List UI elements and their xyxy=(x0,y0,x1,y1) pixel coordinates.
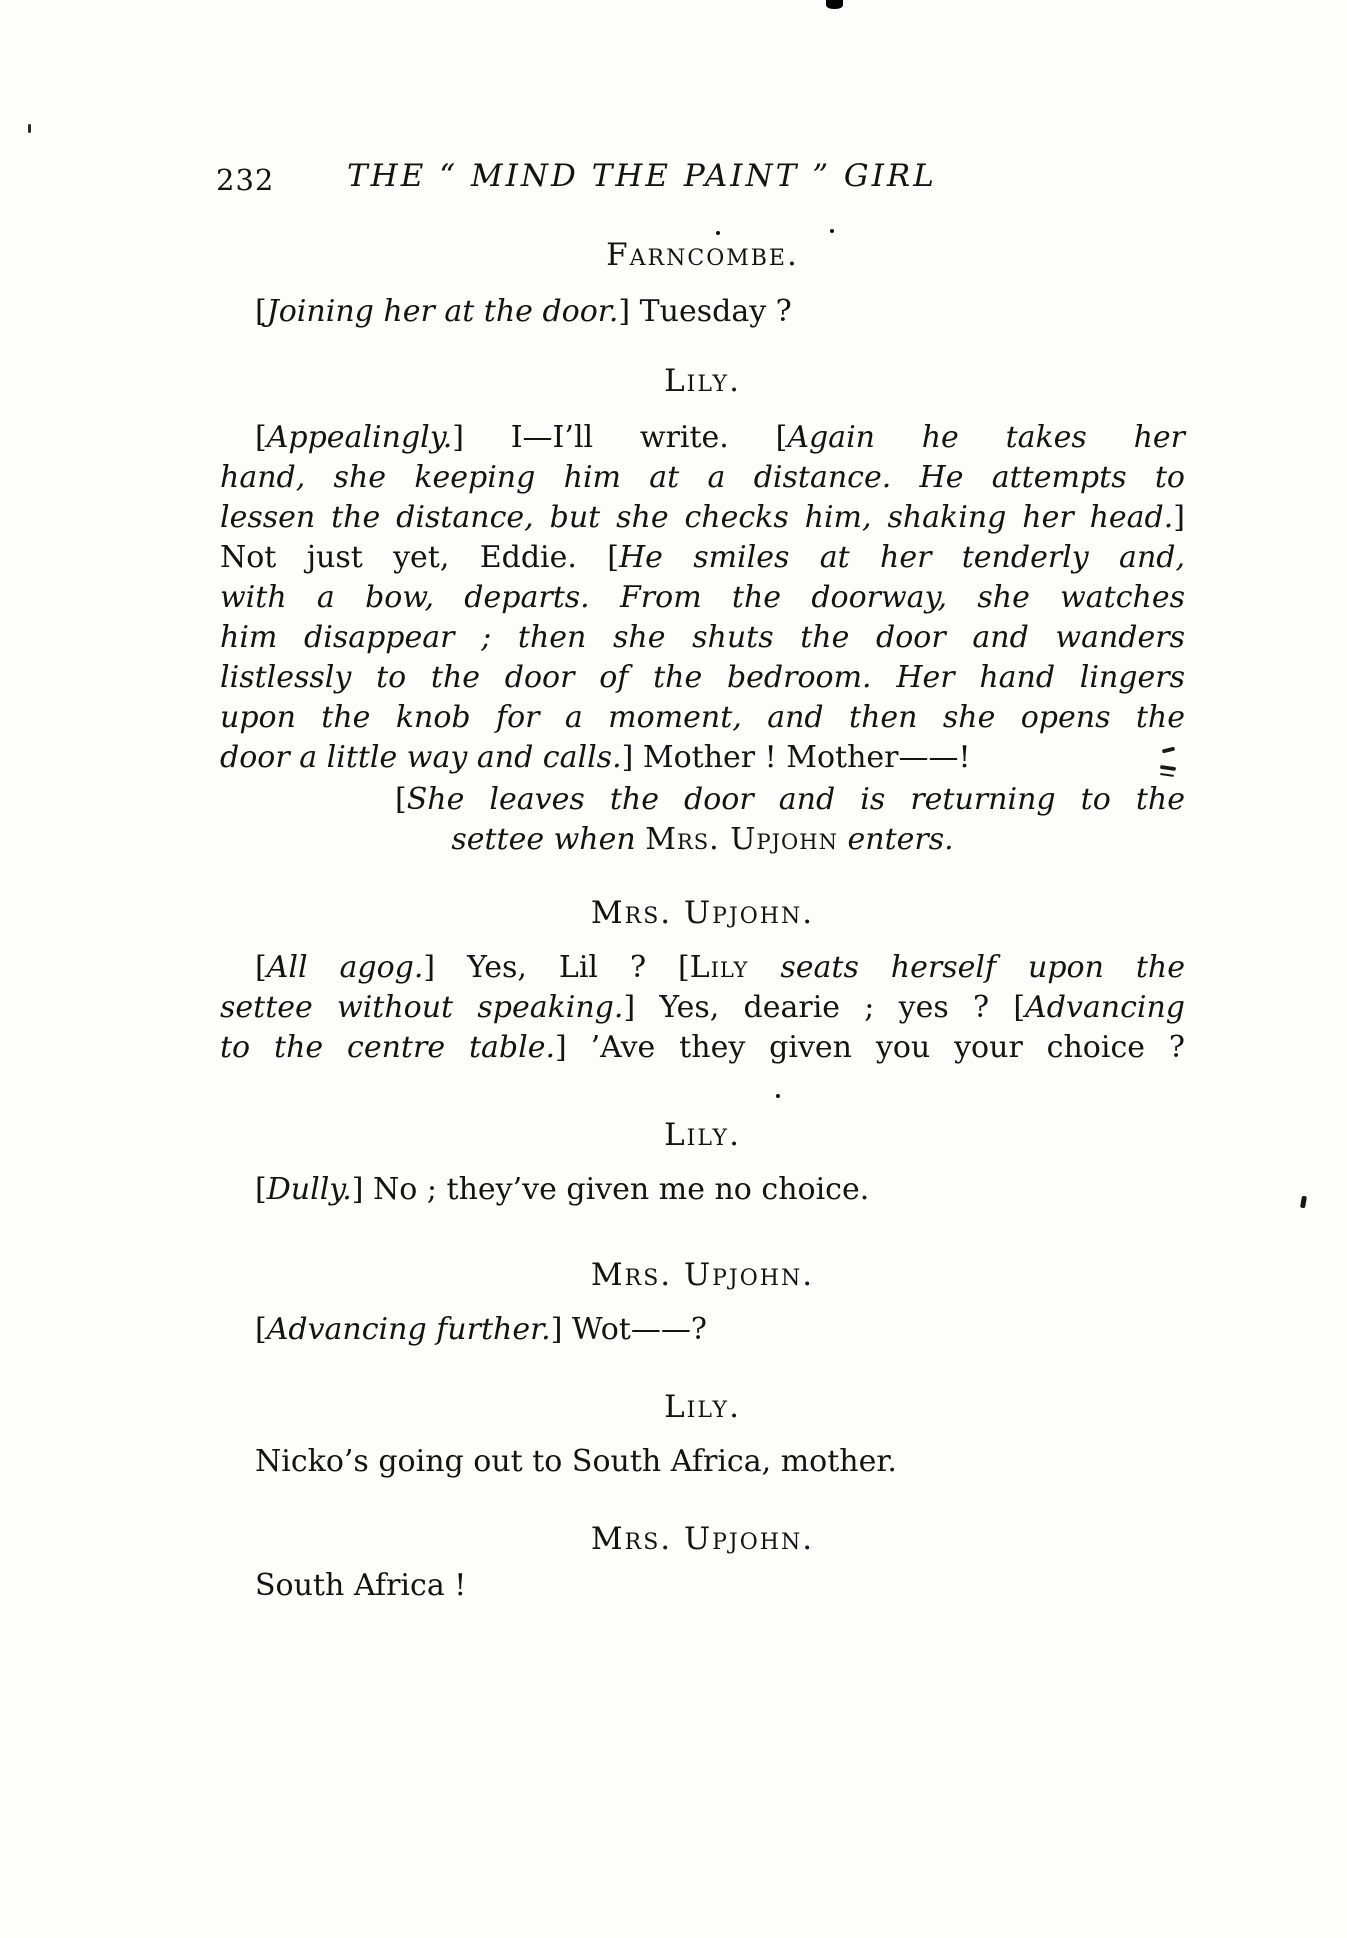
stage-direction-line: [She leaves the door and is returning to… xyxy=(220,780,1185,820)
text-segment: ] Mother ! Mother——! xyxy=(622,740,971,775)
text-segment: Mrs. Upjohn xyxy=(645,822,838,857)
text-segment: Nicko’s going out to South Africa, mothe… xyxy=(255,1444,897,1479)
text-segment: [ xyxy=(255,294,267,329)
pencil-stroke xyxy=(1160,765,1176,771)
text-segment: South Africa ! xyxy=(255,1568,466,1603)
dialogue-line: Not just yet, Eddie. [He smiles at her t… xyxy=(220,538,1185,578)
dialogue-line: [Appealingly.] I—I’ll write. [Again he t… xyxy=(220,418,1185,458)
dialogue-line: South Africa ! xyxy=(220,1566,1185,1606)
text-segment: [ xyxy=(395,782,407,817)
text-segment: ] I—I’ll write. [ xyxy=(452,420,787,455)
text-segment: ] Wot——? xyxy=(551,1312,707,1347)
dialogue-line: door a little way and calls.] Mother ! M… xyxy=(220,738,1185,778)
text-segment: All agog. xyxy=(267,950,424,985)
dialogue-line: settee without speaking.] Yes, dearie ; … xyxy=(220,988,1185,1028)
dialogue-line: lessen the distance, but she checks him,… xyxy=(220,498,1185,538)
text-segment: [ xyxy=(255,1172,267,1207)
dialogue-line: to the centre table.] ’Ave they given yo… xyxy=(220,1028,1185,1068)
text-segment: ] ’Ave they given you your choice ? xyxy=(555,1030,1185,1065)
text-segment: seats herself upon the xyxy=(748,950,1185,985)
text-segment: Lily xyxy=(690,950,749,985)
text-segment: Appealingly. xyxy=(267,420,453,455)
dialogue-block: [Joining her at the door.] Tuesday ? xyxy=(220,292,1185,332)
dialogue-paragraph: [Appealingly.] I—I’ll write. [Again he t… xyxy=(220,418,1185,778)
speaker-heading: Mrs. Upjohn. xyxy=(220,896,1185,930)
text-segment: ] Yes, dearie ; yes ? [ xyxy=(623,990,1025,1025)
text-segment: ] xyxy=(1173,500,1185,535)
dialogue-block: [Dully.] No ; they’ve given me no choice… xyxy=(220,1170,1185,1210)
text-segment: Advancing further. xyxy=(267,1312,551,1347)
text-segment: He smiles at her tenderly and, xyxy=(619,540,1185,575)
text-segment: hand, she keeping him at a distance. He … xyxy=(220,460,1185,495)
text-segment: Not just yet, Eddie. [ xyxy=(220,540,619,575)
dialogue-line: upon the knob for a moment, and then she… xyxy=(220,698,1185,738)
ink-speck xyxy=(28,124,31,133)
speaker-heading: Lily. xyxy=(220,1390,1185,1424)
text-segment: [ xyxy=(255,950,267,985)
text-segment: [ xyxy=(255,1312,267,1347)
marginalia-pencil-mark xyxy=(1158,742,1182,788)
text-segment: ] Tuesday ? xyxy=(618,294,791,329)
text-segment: with a bow, departs. From the doorway, s… xyxy=(220,580,1185,615)
dialogue-block: Nicko’s going out to South Africa, mothe… xyxy=(220,1442,1185,1482)
dialogue-line: [Advancing further.] Wot——? xyxy=(220,1310,1185,1350)
dialogue-line: [Dully.] No ; they’ve given me no choice… xyxy=(220,1170,1185,1210)
speaker-heading: Farncombe. xyxy=(220,238,1185,272)
dialogue-line: [Joining her at the door.] Tuesday ? xyxy=(220,292,1185,332)
ink-speck xyxy=(1300,1196,1307,1209)
speaker-heading: Mrs. Upjohn. xyxy=(220,1258,1185,1292)
text-segment: ] Yes, Lil ? [ xyxy=(423,950,689,985)
book-page: 232 THE “ MIND THE PAINT ” GIRL Farncomb… xyxy=(0,0,1347,1938)
dialogue-block: South Africa ! xyxy=(220,1566,1185,1606)
text-segment: enters. xyxy=(838,822,954,857)
text-segment: ] No ; they’ve given me no choice. xyxy=(352,1172,869,1207)
text-segment: Joining her at the door. xyxy=(267,294,619,329)
text-segment: Dully. xyxy=(267,1172,352,1207)
speaker-heading: Lily. xyxy=(220,1118,1185,1152)
speaker-heading: Mrs. Upjohn. xyxy=(220,1522,1185,1556)
dialogue-block: [Advancing further.] Wot——? xyxy=(220,1310,1185,1350)
text-segment: Again he takes her xyxy=(787,420,1185,455)
text-segment: listlessly to the door of the bedroom. H… xyxy=(220,660,1185,695)
dialogue-line: [All agog.] Yes, Lil ? [Lily seats herse… xyxy=(220,948,1185,988)
text-segment: She leaves the door and is returning to … xyxy=(407,782,1185,817)
dialogue-line: him disappear ; then she shuts the door … xyxy=(220,618,1185,658)
text-segment: settee without speaking. xyxy=(220,990,623,1025)
text-segment: door a little way and calls. xyxy=(220,740,622,775)
dialogue-line: listlessly to the door of the bedroom. H… xyxy=(220,658,1185,698)
text-segment: him disappear ; then she shuts the door … xyxy=(220,620,1185,655)
speaker-heading: Lily. xyxy=(220,364,1185,398)
text-segment: Advancing xyxy=(1025,990,1185,1025)
text-segment: lessen the distance, but she checks him,… xyxy=(220,500,1173,535)
text-segment: [ xyxy=(255,420,267,455)
dialogue-line: hand, she keeping him at a distance. He … xyxy=(220,458,1185,498)
dialogue-line: Nicko’s going out to South Africa, mothe… xyxy=(220,1442,1185,1482)
pencil-stroke xyxy=(1162,746,1176,753)
dialogue-line: with a bow, departs. From the doorway, s… xyxy=(220,578,1185,618)
stage-direction-line: settee when Mrs. Upjohn enters. xyxy=(220,820,1185,860)
dialogue: Farncombe.[Joining her at the door.] Tue… xyxy=(220,0,1185,1938)
text-segment: settee when xyxy=(451,822,645,857)
text-segment: to the centre table. xyxy=(220,1030,555,1065)
text-segment: upon the knob for a moment, and then she… xyxy=(220,700,1185,735)
dialogue-paragraph: [She leaves the door and is returning to… xyxy=(220,780,1185,860)
dialogue-paragraph: [All agog.] Yes, Lil ? [Lily seats herse… xyxy=(220,948,1185,1068)
